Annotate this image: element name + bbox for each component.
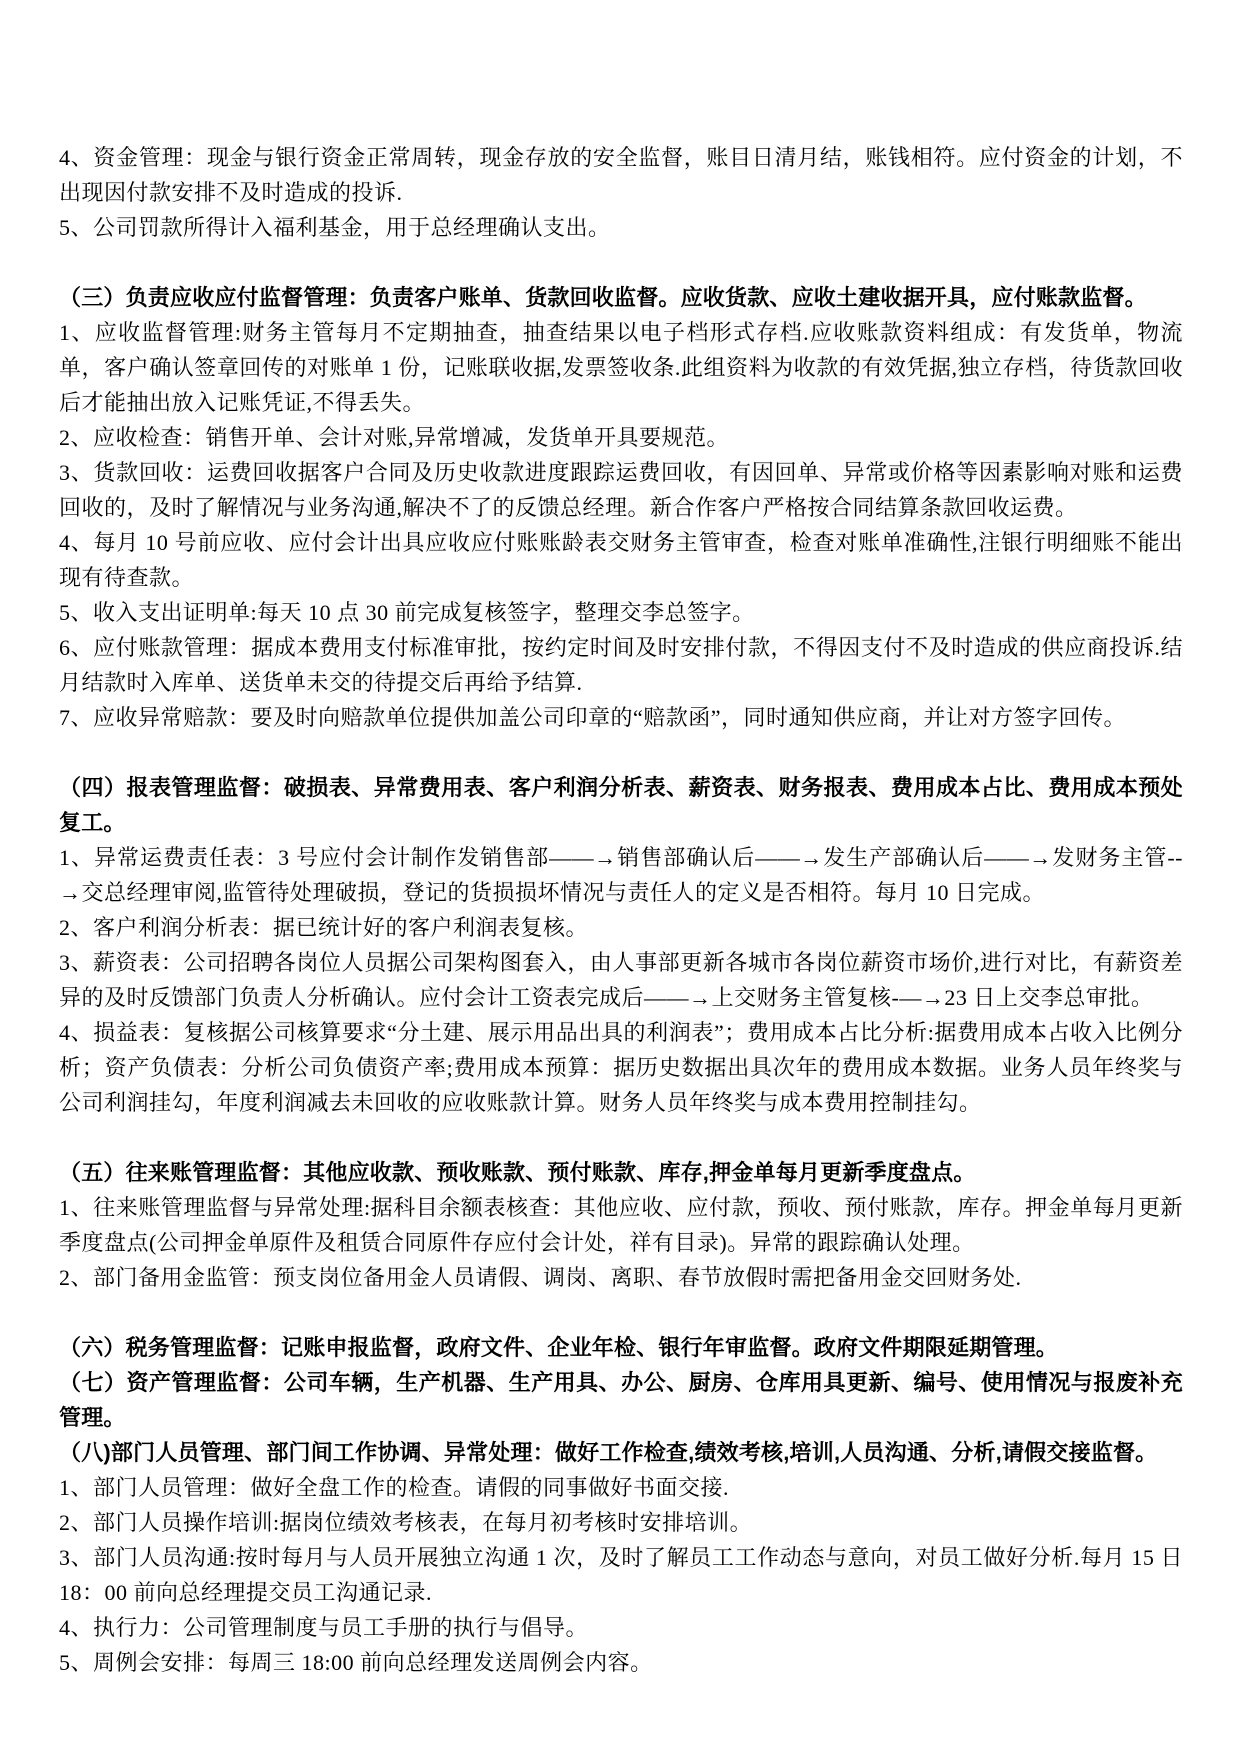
paragraph-payment-collection: 3、货款回收：运费回收据客户合同及历史收款进度跟踪运费回收，有因回单、异常或价格…: [59, 455, 1183, 525]
paragraph-customer-profit-table: 2、客户利润分析表：据已统计好的客户利润表复核。: [59, 910, 1183, 945]
paragraph-abnormal-freight-table: 1、异常运费责任表：3 号应付会计制作发销售部——→销售部确认后——→发生产部确…: [59, 840, 1183, 910]
paragraph-income-statement: 4、损益表：复核据公司核算要求“分土建、展示用品出具的利润表”；费用成本占比分析…: [59, 1015, 1183, 1120]
paragraph-execution: 4、执行力：公司管理制度与员工手册的执行与倡导。: [59, 1610, 1183, 1645]
paragraph-staff-communication: 3、部门人员沟通:按时每月与人员开展独立沟通 1 次，及时了解员工工作动态与意向…: [59, 1540, 1183, 1610]
section-heading-6: （六）税务管理监督：记账申报监督，政府文件、企业年检、银行年审监督。政府文件期限…: [59, 1330, 1183, 1365]
paragraph-abnormal-compensation: 7、应收异常赔款：要及时向赔款单位提供加盖公司印章的“赔款函”，同时通知供应商，…: [59, 700, 1183, 735]
paragraph-weekly-meeting: 5、周例会安排：每周三 18:00 前向总经理发送周例会内容。: [59, 1645, 1183, 1680]
paragraph-payable-management: 6、应付账款管理：据成本费用支付标准审批，按约定时间及时安排付款，不得因支付不及…: [59, 630, 1183, 700]
paragraph-receivable-check: 2、应收检查：销售开单、会计对账,异常增减，发货单开具要规范。: [59, 420, 1183, 455]
section-heading-5: （五）往来账管理监督：其他应收款、预收账款、预付账款、库存,押金单每月更新季度盘…: [59, 1155, 1183, 1190]
section-heading-3: （三）负责应收应付监督管理：负责客户账单、货款回收监督。应收货款、应收土建收据开…: [59, 280, 1183, 315]
section-heading-7: （七）资产管理监督：公司车辆，生产机器、生产用具、办公、厨房、仓库用具更新、编号…: [59, 1365, 1183, 1435]
paragraph-staff-training: 2、部门人员操作培训:据岗位绩效考核表，在每月初考核时安排培训。: [59, 1505, 1183, 1540]
paragraph-petty-cash: 2、部门备用金监管：预支岗位备用金人员请假、调岗、离职、春节放假时需把备用金交回…: [59, 1260, 1183, 1295]
paragraph-aging-report: 4、每月 10 号前应收、应付会计出具应收应付账账龄表交财务主管审查，检查对账单…: [59, 525, 1183, 595]
paragraph-income-expense-proof: 5、收入支出证明单:每天 10 点 30 前完成复核签字，整理交李总签字。: [59, 595, 1183, 630]
paragraph-current-account: 1、往来账管理监督与异常处理:据科目余额表核查：其他应收、应付款，预收、预付账款…: [59, 1190, 1183, 1260]
section-heading-4: （四）报表管理监督：破损表、异常费用表、客户利润分析表、薪资表、财务报表、费用成…: [59, 770, 1183, 840]
document-page: 4、资金管理：现金与银行资金正常周转，现金存放的安全监督，账目日清月结，账钱相符…: [0, 0, 1241, 1754]
paragraph-receivable-supervision: 1、应收监督管理:财务主管每月不定期抽查，抽查结果以电子档形式存档.应收账款资料…: [59, 315, 1183, 420]
paragraph-fines-welfare-fund: 5、公司罚款所得计入福利基金，用于总经理确认支出。: [59, 210, 1183, 245]
section-heading-8: （八)部门人员管理、部门间工作协调、异常处理：做好工作检查,绩效考核,培训,人员…: [59, 1435, 1183, 1470]
paragraph-funds-management: 4、资金管理：现金与银行资金正常周转，现金存放的安全监督，账目日清月结，账钱相符…: [59, 140, 1183, 210]
paragraph-staff-management: 1、部门人员管理：做好全盘工作的检查。请假的同事做好书面交接.: [59, 1470, 1183, 1505]
paragraph-salary-table: 3、薪资表：公司招聘各岗位人员据公司架构图套入，由人事部更新各城市各岗位薪资市场…: [59, 945, 1183, 1015]
